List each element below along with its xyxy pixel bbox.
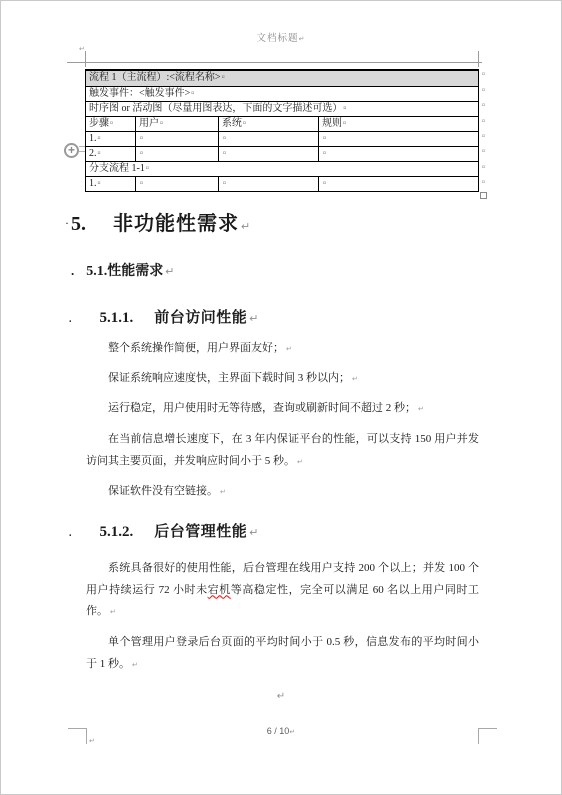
paragraph-mark-icon: ↵ — [132, 661, 138, 669]
table-header-row: 步骤¤ 用户¤ 系统¤ 规则¤ — [86, 116, 479, 131]
paragraph: 保证软件没有空链接。↵ — [86, 481, 479, 504]
text-boundary-mark — [85, 51, 86, 67]
table-cell-diagram[interactable]: 时序图 or 活动图（尽量用图表达，下面的文字描述可选）¤ — [86, 101, 479, 116]
end-of-cell-mark-icon: ¤ — [110, 121, 113, 127]
header-title-text: 文档标题 — [257, 34, 299, 44]
heading-bullet-icon: . — [69, 528, 72, 539]
table-row: 分支流程 1-1¤ — [86, 161, 479, 176]
table-cell-process[interactable]: 流程 1（主流程）:<流程名称>¤ — [86, 70, 479, 86]
paragraph-mark-icon: ↵ — [220, 488, 226, 496]
end-of-row-mark-icon: ¤ — [482, 165, 485, 171]
crop-mark — [478, 728, 479, 744]
paragraph-mark-icon: ↵ — [418, 405, 424, 413]
paragraph-mark-icon: ↵ — [79, 45, 85, 53]
heading-title: 前台访问性能 — [154, 309, 247, 326]
crop-mark — [86, 728, 87, 744]
table-cell-header-step[interactable]: 步骤¤ — [86, 116, 136, 131]
heading-bullet-icon: . — [69, 314, 72, 325]
paragraph-mark-icon: ↵ — [241, 221, 250, 233]
end-of-cell-mark-icon: ¤ — [160, 121, 163, 127]
heading-nonfunctional-requirements: ·5.非功能性需求↵ — [65, 207, 250, 236]
misspelled-word: 宕机 — [208, 584, 231, 596]
heading-number: 5.1. — [86, 264, 107, 279]
table-cell-trigger[interactable]: 触发事件：<触发事件>¤ — [86, 86, 479, 101]
table-row: 时序图 or 活动图（尽量用图表达，下面的文字描述可选）¤ — [86, 101, 479, 116]
end-of-cell-mark-icon: ¤ — [243, 121, 246, 127]
paragraph: 系统具备很好的使用性能，后台管理在线用户支持 200 个以上；并发 100 个用… — [86, 558, 479, 624]
end-of-cell-mark-icon: ¤ — [140, 151, 143, 157]
end-of-cell-mark-icon: ¤ — [98, 151, 101, 157]
crop-mark — [68, 728, 86, 729]
heading-number: 5. — [71, 213, 86, 235]
end-of-cell-mark-icon: ¤ — [146, 166, 149, 172]
paragraph-mark-icon: ↵ — [110, 608, 116, 616]
paragraph-mark-icon: ↵ — [249, 313, 258, 325]
end-of-row-mark-icon: ¤ — [482, 72, 485, 78]
paragraph-mark-icon: ↵ — [297, 458, 303, 466]
paragraph-mark-icon: ↵ — [352, 375, 358, 383]
document-page: 文档标题↵ ↵ + 流程 1（主流程）:<流程名称>¤ 触发事件：<触发事件>¤… — [0, 0, 562, 795]
table-row: 触发事件：<触发事件>¤ — [86, 86, 479, 101]
end-of-cell-mark-icon: ¤ — [140, 181, 143, 187]
paragraph-mark-icon: ↵ — [249, 527, 258, 539]
end-of-cell-mark-icon: ¤ — [98, 181, 101, 187]
paragraph-mark-icon: ↵ — [89, 737, 95, 745]
end-of-cell-mark-icon: ¤ — [223, 136, 226, 142]
table-cell[interactable]: ¤ — [219, 146, 319, 161]
end-of-row-mark-icon: ¤ — [482, 88, 485, 94]
text-boundary-mark — [478, 51, 479, 67]
paragraph: 在当前信息增长速度下，在 3 年内保证平台的性能，可以支持 150 用户并发访问… — [86, 429, 479, 473]
table-row: 1.¤ ¤ ¤ ¤ — [86, 176, 479, 191]
end-of-cell-mark-icon: ¤ — [323, 181, 326, 187]
heading-bullet-icon: · — [65, 216, 69, 230]
table-cell[interactable]: 1.¤ — [86, 131, 136, 146]
heading-number: 5.1.2. — [100, 524, 134, 540]
paragraph-mark-icon: ↵ — [286, 345, 292, 353]
paragraph: 运行稳定，用户使用时无等待感，查询或刷新时间不超过 2 秒；↵ — [86, 398, 479, 421]
end-of-cell-mark-icon: ¤ — [323, 151, 326, 157]
heading-performance-requirements: .5.1.性能需求↵ — [71, 260, 174, 280]
paragraph-mark-icon: ↵ — [289, 729, 295, 736]
table-resize-handle[interactable] — [480, 192, 487, 199]
paragraph: 单个管理用户登录后台页面的平均时间小于 0.5 秒，信息发布的平均时间小于 1 … — [86, 632, 479, 676]
table-cell[interactable]: ¤ — [319, 176, 479, 191]
heading-title: 性能需求 — [107, 262, 163, 278]
end-of-cell-mark-icon: ¤ — [223, 151, 226, 157]
paragraph: 保证系统响应速度快，主界面下载时间 3 秒以内；↵ — [86, 368, 479, 391]
table-cell[interactable]: ¤ — [219, 131, 319, 146]
end-of-cell-mark-icon: ¤ — [323, 136, 326, 142]
crop-mark — [478, 728, 497, 729]
end-of-row-mark-icon: ¤ — [482, 180, 485, 186]
end-of-cell-mark-icon: ¤ — [343, 121, 346, 127]
table-cell-header-user[interactable]: 用户¤ — [136, 116, 219, 131]
table-cell[interactable]: ¤ — [136, 176, 219, 191]
paragraph-mark-icon: ↵ — [299, 35, 306, 43]
header-underline — [67, 62, 482, 63]
heading-title: 非功能性需求 — [113, 213, 239, 235]
table-cell[interactable]: 1.¤ — [86, 176, 136, 191]
end-of-cell-mark-icon: ¤ — [222, 75, 225, 81]
heading-number: 5.1.1. — [100, 310, 134, 326]
paragraph: 整个系统操作简便，用户界面友好；↵ — [86, 338, 479, 361]
end-of-cell-mark-icon: ¤ — [98, 136, 101, 142]
table-row: 2.¤ ¤ ¤ ¤ — [86, 146, 479, 161]
end-of-row-mark-icon: ¤ — [482, 149, 485, 155]
end-of-row-mark-icon: ¤ — [482, 103, 485, 109]
table-cell[interactable]: 2.¤ — [86, 146, 136, 161]
end-of-cell-mark-icon: ¤ — [223, 181, 226, 187]
table-row: 1.¤ ¤ ¤ ¤ — [86, 131, 479, 146]
heading-backend-performance: .5.1.2.后台管理性能↵ — [69, 520, 258, 541]
table-cell[interactable]: ¤ — [319, 131, 479, 146]
table-row: 流程 1（主流程）:<流程名称>¤ — [86, 70, 479, 86]
table-cell-branch[interactable]: 分支流程 1-1¤ — [86, 161, 479, 176]
end-of-cell-mark-icon: ¤ — [140, 136, 143, 142]
page-header: 文档标题↵ — [1, 30, 561, 44]
heading-bullet-icon: . — [71, 263, 74, 278]
end-of-row-mark-icon: ¤ — [482, 119, 485, 125]
table-cell[interactable]: ¤ — [219, 176, 319, 191]
heading-frontend-performance: .5.1.1.前台访问性能↵ — [69, 306, 258, 327]
table-cell[interactable]: ¤ — [319, 146, 479, 161]
table-cell-header-rule[interactable]: 规则¤ — [319, 116, 479, 131]
insert-row-button[interactable]: + — [64, 143, 79, 158]
paragraph-mark-icon: ↵ — [165, 266, 174, 278]
table-cell-header-system[interactable]: 系统¤ — [219, 116, 319, 131]
end-of-row-mark-icon: ¤ — [482, 134, 485, 140]
empty-paragraph-mark-icon: ↵ — [1, 691, 561, 702]
table-cell[interactable]: ¤ — [136, 146, 219, 161]
heading-title: 后台管理性能 — [154, 523, 247, 540]
process-table: 流程 1（主流程）:<流程名称>¤ 触发事件：<触发事件>¤ 时序图 or 活动… — [85, 69, 479, 192]
end-of-cell-mark-icon: ¤ — [191, 91, 194, 97]
table-cell[interactable]: ¤ — [136, 131, 219, 146]
end-of-cell-mark-icon: ¤ — [343, 106, 346, 112]
